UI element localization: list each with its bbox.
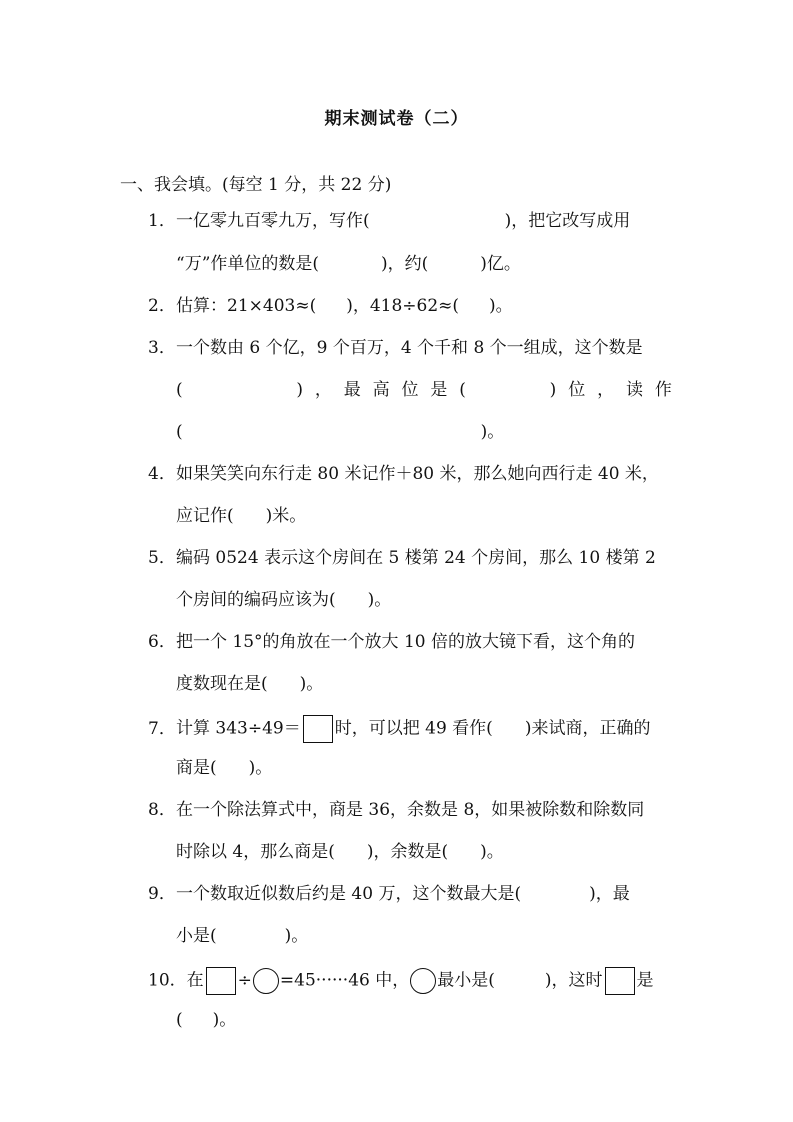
question-number: 1． — [148, 210, 176, 232]
question-1-line-2: “万”作单位的数是()，约()亿。 — [176, 253, 521, 275]
question-8-line-1: 8．在一个除法算式中，商是 36，余数是 8，如果被除数和除数同 — [148, 799, 644, 821]
divisor-circle[interactable] — [410, 968, 436, 994]
question-number: 6． — [148, 631, 176, 653]
question-7-line-2: 商是()。 — [176, 757, 272, 779]
question-10-line-2: ()。 — [176, 1009, 236, 1031]
question-number: 2． — [148, 295, 176, 317]
question-number: 9． — [148, 883, 176, 905]
dividend-box[interactable] — [605, 967, 635, 995]
question-number: 3． — [148, 337, 176, 359]
answer-blank[interactable] — [478, 379, 538, 401]
answer-blank[interactable] — [195, 379, 285, 401]
question-7-line-1: 7．计算 343÷49＝时，可以把 49 看作()来试商，正确的 — [148, 715, 650, 743]
question-3-line-2: ( ) ， 最 高 位 是 ( ) 位 ， 读 作 — [176, 379, 672, 401]
question-5-line-1: 5．编码 0524 表示这个房间在 5 楼第 24 个房间，那么 10 楼第 2 — [148, 547, 656, 569]
question-number: 4． — [148, 463, 176, 485]
section-heading: 一、我会填。(每空 1 分，共 22 分) — [120, 170, 391, 195]
page-title: 期末测试卷（二） — [0, 104, 793, 129]
question-10-line-1: 10．在÷=45······46 中，最小是()，这时是 — [148, 967, 654, 995]
question-5-line-2: 个房间的编码应该为()。 — [176, 589, 391, 611]
question-number: 7． — [148, 718, 176, 740]
question-4-line-2: 应记作()米。 — [176, 505, 306, 527]
question-9-line-1: 9．一个数取近似数后约是 40 万，这个数最大是()，最 — [148, 883, 630, 905]
question-3-line-3: ()。 — [176, 421, 504, 443]
question-8-line-2: 时除以 4，那么商是()，余数是()。 — [176, 841, 504, 863]
question-1-line-1: 1．一亿零九百零九万，写作()，把它改写成用 — [148, 210, 630, 232]
divisor-circle[interactable] — [253, 968, 279, 994]
question-6-line-2: 度数现在是()。 — [176, 673, 323, 695]
question-9-line-2: 小是()。 — [176, 925, 308, 947]
question-4-line-1: 4．如果笑笑向东行走 80 米记作＋80 米，那么她向西行走 40 米， — [148, 463, 659, 485]
question-3-line-1: 3．一个数由 6 个亿，9 个百万，4 个千和 8 个一组成，这个数是 — [148, 337, 643, 359]
question-2-line-1: 2．估算：21×403≈()，418÷62≈()。 — [148, 295, 513, 317]
question-6-line-1: 6．把一个 15°的角放在一个放大 10 倍的放大镜下看，这个角的 — [148, 631, 635, 653]
question-number: 8． — [148, 799, 176, 821]
question-number: 5． — [148, 547, 176, 569]
question-number: 10． — [148, 971, 187, 991]
dividend-box[interactable] — [206, 967, 236, 995]
answer-box[interactable] — [303, 715, 333, 743]
